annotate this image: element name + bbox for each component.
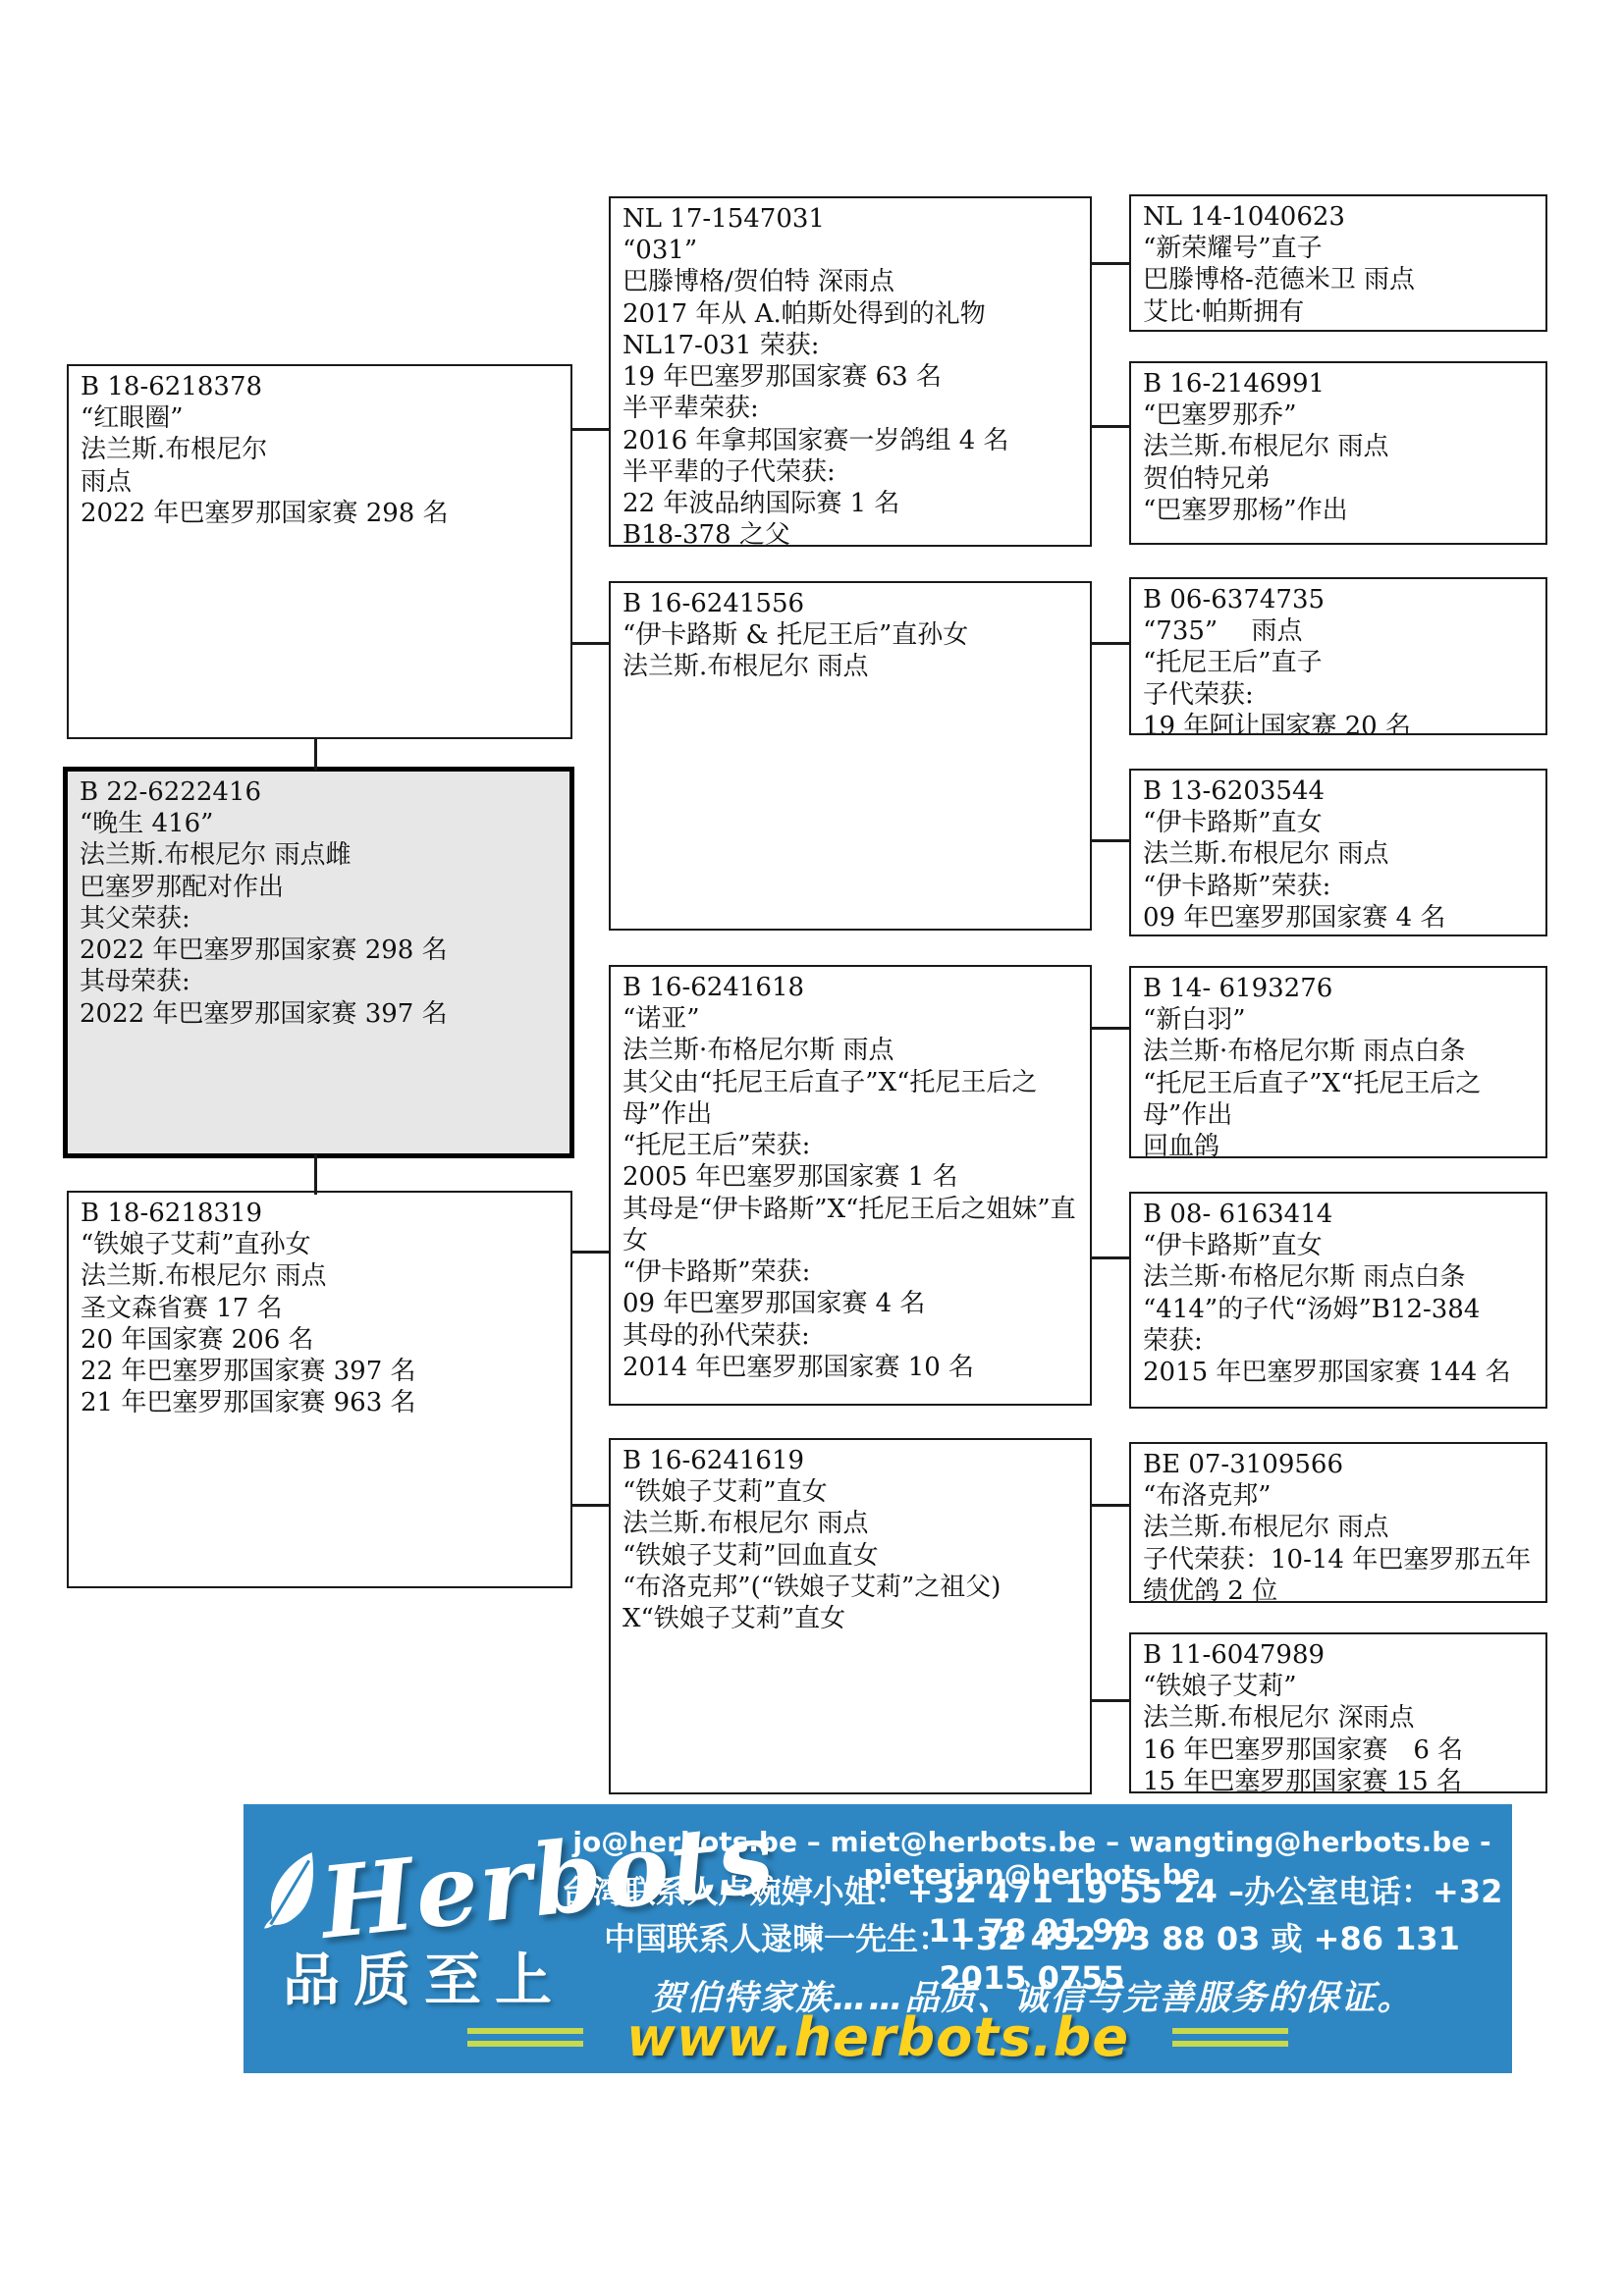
connector-line bbox=[1090, 839, 1131, 842]
connector-line bbox=[1090, 1256, 1131, 1259]
connector-line bbox=[314, 737, 317, 771]
connector-line bbox=[314, 1154, 317, 1195]
connector-line bbox=[1090, 425, 1131, 428]
decorative-rule-left bbox=[467, 2028, 583, 2047]
connector-line bbox=[1090, 262, 1131, 265]
website-row: www.herbots.be bbox=[244, 2006, 1512, 2068]
connector-line bbox=[1090, 1699, 1131, 1702]
pedigree-box-dam-sire-sire: B 14- 6193276“新白羽”法兰斯·布格尼尔斯 雨点白条“托尼王后直子”… bbox=[1129, 966, 1547, 1158]
connector-line bbox=[570, 428, 611, 431]
pedigree-box-subject: B 22-6222416“晚生 416”法兰斯.布根尼尔 雨点雌巴塞罗那配对作出… bbox=[63, 767, 574, 1158]
pedigree-box-dam-dam-dam: B 11-6047989“铁娘子艾莉”法兰斯.布根尼尔 深雨点16 年巴塞罗那国… bbox=[1129, 1632, 1547, 1793]
connector-line bbox=[570, 1251, 611, 1254]
pedigree-box-dam: B 18-6218319“铁娘子艾莉”直孙女法兰斯.布根尼尔 雨点圣文森省赛 1… bbox=[67, 1191, 572, 1588]
connector-line bbox=[570, 642, 611, 645]
pedigree-box-sire: B 18-6218378“红眼圈”法兰斯.布根尼尔雨点2022 年巴塞罗那国家赛… bbox=[67, 364, 572, 739]
website-url: www.herbots.be bbox=[626, 2006, 1129, 2068]
decorative-rule-right bbox=[1172, 2028, 1288, 2047]
pedigree-box-sire-sire: NL 17-1547031“031”巴滕博格/贺伯特 深雨点2017 年从 A.… bbox=[609, 196, 1092, 547]
connector-line bbox=[1090, 642, 1131, 645]
pedigree-box-sire-dam-dam: B 13-6203544“伊卡路斯”直女法兰斯.布根尼尔 雨点“伊卡路斯”荣获:… bbox=[1129, 769, 1547, 936]
pedigree-box-dam-dam-sire: BE 07-3109566“布洛克邦”法兰斯.布根尼尔 雨点子代荣获：10-14… bbox=[1129, 1442, 1547, 1603]
pedigree-box-sire-sire-dam: B 16-2146991“巴塞罗那乔”法兰斯.布根尼尔 雨点贺伯特兄弟“巴塞罗那… bbox=[1129, 361, 1547, 545]
pedigree-box-sire-dam-sire: B 06-6374735“735” 雨点“托尼王后”直子子代荣获:19 年阿让国… bbox=[1129, 577, 1547, 735]
logo-tagline-cn: 品质至上 bbox=[283, 1934, 566, 2016]
pedigree-box-sire-sire-sire: NL 14-1040623“新荣耀号”直子巴滕博格-范德米卫 雨点艾比·帕斯拥有 bbox=[1129, 194, 1547, 332]
connector-line bbox=[1090, 1027, 1131, 1030]
pedigree-box-dam-sire: B 16-6241618“诺亚”法兰斯·布格尼尔斯 雨点其父由“托尼王后直子”X… bbox=[609, 965, 1092, 1406]
footer-banner: Herbots 品质至上 jo@herbots.be – miet@herbot… bbox=[244, 1804, 1512, 2073]
pedigree-box-sire-dam: B 16-6241556“伊卡路斯 & 托尼王后”直孙女法兰斯.布根尼尔 雨点 bbox=[609, 581, 1092, 931]
pedigree-box-dam-dam: B 16-6241619“铁娘子艾莉”直女法兰斯.布根尼尔 雨点“铁娘子艾莉”回… bbox=[609, 1438, 1092, 1794]
connector-line bbox=[570, 1504, 611, 1507]
pedigree-box-dam-sire-dam: B 08- 6163414“伊卡路斯”直女法兰斯·布格尼尔斯 雨点白条“414”… bbox=[1129, 1192, 1547, 1409]
connector-line bbox=[1090, 1504, 1131, 1507]
